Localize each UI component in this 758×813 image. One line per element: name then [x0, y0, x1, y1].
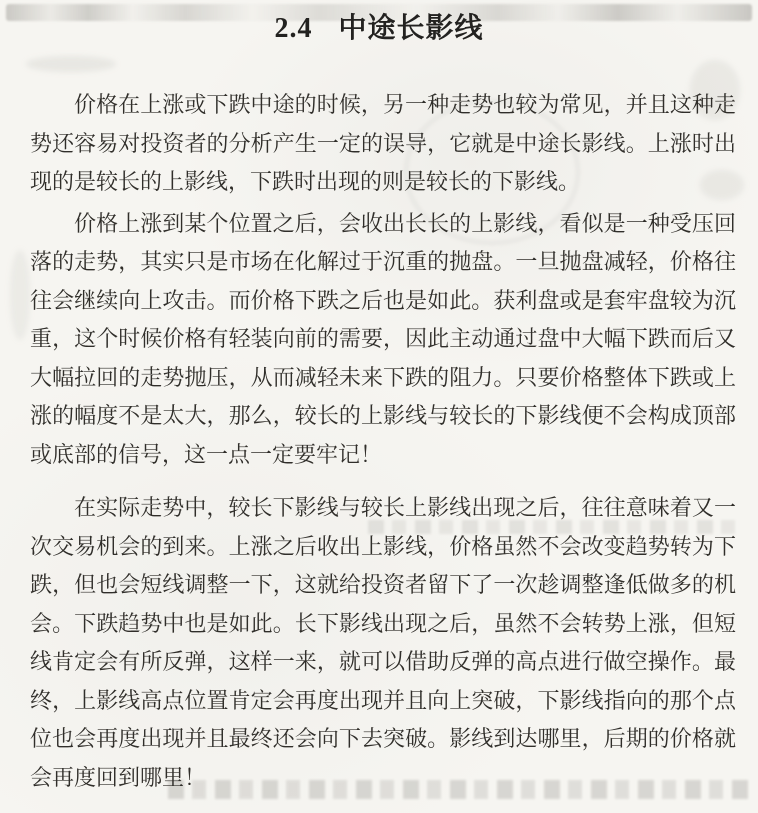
body-text: 价格在上涨或下跌中途的时候，另一种走势也较为常见，并且这种走势还容易对投资者的分…	[30, 86, 736, 797]
scan-smudge-blob	[10, 250, 30, 340]
paragraph-3: 在实际走势中，较长下影线与较长上影线出现之后，往往意味着又一次交易机会的到来。上…	[30, 489, 736, 797]
paragraph-1: 价格在上涨或下跌中途的时候，另一种走势也较为常见，并且这种走势还容易对投资者的分…	[30, 86, 736, 202]
section-heading: 2.4中途长影线	[0, 6, 758, 46]
scan-smudge-blob	[26, 56, 116, 72]
paragraph-2: 价格上涨到某个位置之后，会收出长长的上影线，看似是一种受压回落的走势，其实只是市…	[30, 205, 736, 475]
scanned-book-page: 2.4中途长影线 价格在上涨或下跌中途的时候，另一种走势也较为常见，并且这种走势…	[0, 0, 758, 813]
section-number: 2.4	[274, 13, 312, 44]
section-title: 中途长影线	[338, 13, 483, 44]
